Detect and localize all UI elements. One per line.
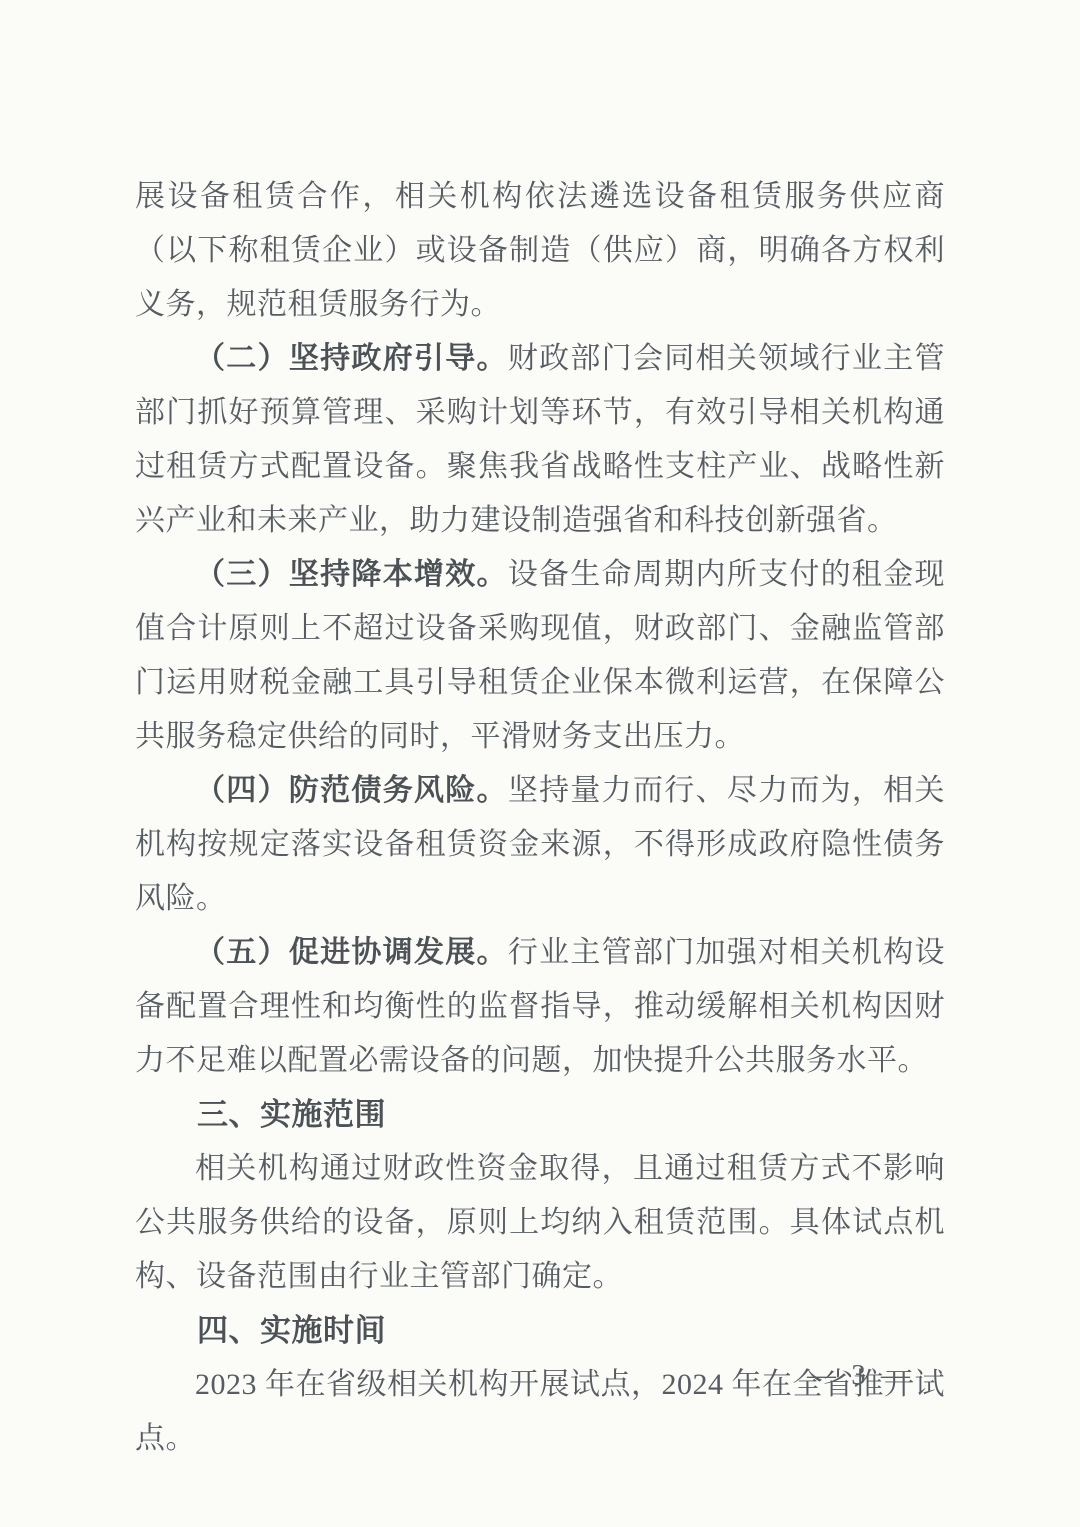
paragraph: 展设备租赁合作，相关机构依法遴选设备租赁服务供应商（以下称租赁企业）或设备制造（… <box>135 170 945 332</box>
section-heading: 三、实施范围 <box>135 1088 945 1142</box>
paragraph: （四）防范债务风险。坚持量力而行、尽力而为，相关机构按规定落实设备租赁资金来源，… <box>135 764 945 926</box>
paragraph: （三）坚持降本增效。设备生命周期内所支付的租金现值合计原则上不超过设备采购现值，… <box>135 548 945 764</box>
document-page: 展设备租赁合作，相关机构依法遴选设备租赁服务供应商（以下称租赁企业）或设备制造（… <box>0 0 1080 1527</box>
paragraph: 相关机构通过财政性资金取得，且通过租赁方式不影响公共服务供给的设备，原则上均纳入… <box>135 1142 945 1304</box>
paragraph: （二）坚持政府引导。财政部门会同相关领域行业主管部门抓好预算管理、采购计划等环节… <box>135 332 945 548</box>
document-content: 展设备租赁合作，相关机构依法遴选设备租赁服务供应商（以下称租赁企业）或设备制造（… <box>135 170 945 1466</box>
paragraph-lead: （四）防范债务风险。 <box>195 774 508 807</box>
paragraph-lead: （五）促进协调发展。 <box>195 936 508 969</box>
paragraph-lead: （二）坚持政府引导。 <box>195 342 508 375</box>
section-heading: 四、实施时间 <box>135 1304 945 1358</box>
page-number: — 3 — <box>807 1355 914 1395</box>
paragraph-lead: （三）坚持降本增效。 <box>195 558 508 591</box>
paragraph: （五）促进协调发展。行业主管部门加强对相关机构设备配置合理性和均衡性的监督指导，… <box>135 926 945 1088</box>
